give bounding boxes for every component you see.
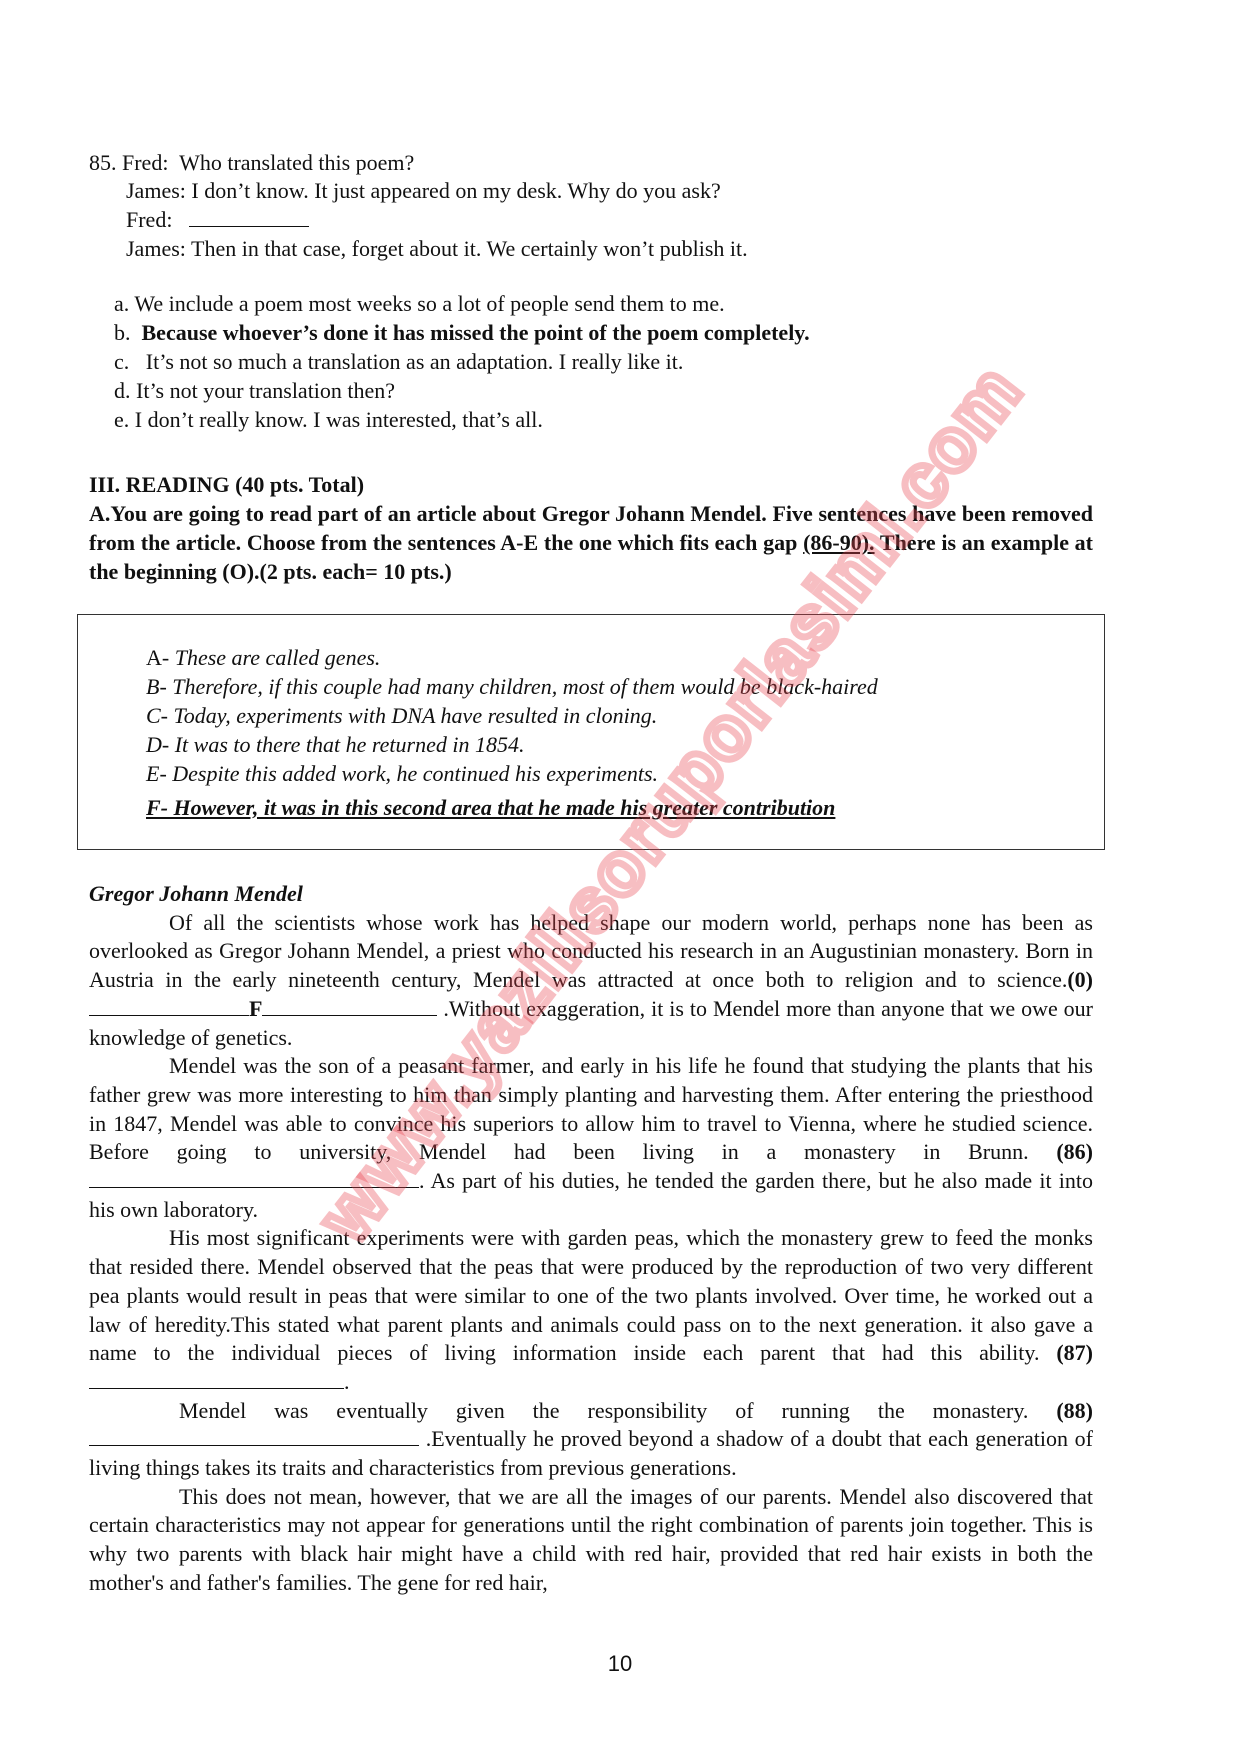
sentence-text: These are called genes. (175, 645, 381, 670)
sentence-letter: E- (146, 761, 167, 786)
gap-88-blank[interactable] (89, 1425, 419, 1446)
option-letter: b. (114, 320, 131, 345)
option-letter: c. (114, 349, 129, 374)
dialogue-text: I don’t know. It just appeared on my des… (191, 178, 720, 203)
option-letter: a. (114, 291, 129, 316)
section-title: III. READING (40 pts. Total) (89, 470, 1093, 499)
speaker: James: (126, 236, 186, 261)
gap-87-label: (87) (1056, 1340, 1093, 1365)
paragraph-text: Mendel was eventually given the responsi… (179, 1398, 1028, 1423)
option-e[interactable]: e. I don’t really know. I was interested… (114, 405, 543, 434)
question-number: 85. (89, 150, 117, 175)
reading-instructions: A.You are going to read part of an artic… (89, 499, 1093, 586)
option-letter: d. (114, 378, 131, 403)
paragraph-text: His most significant experiments were wi… (89, 1225, 1093, 1365)
sentence-letter: F- (146, 795, 168, 820)
gap-87-blank[interactable] (89, 1368, 344, 1389)
sentence-text: Today, experiments with DNA have resulte… (174, 703, 658, 728)
sentence-option-a: A- These are called genes. (146, 643, 380, 672)
sentence-option-c: C- Today, experiments with DNA have resu… (146, 701, 657, 730)
dialogue-text: Who translated this poem? (179, 150, 414, 175)
sentence-letter: B- (146, 674, 167, 699)
sentence-text: Therefore, if this couple had many child… (172, 674, 878, 699)
dialogue-line: James: I don’t know. It just appeared on… (126, 176, 721, 205)
gap-range: (86-90). (803, 530, 874, 555)
article-paragraph-1: Of all the scientists whose work has hel… (89, 909, 1093, 1053)
article-title: Gregor Johann Mendel (89, 880, 1093, 909)
sentence-option-f-example: F- However, it was in this second area t… (146, 793, 835, 822)
answer-blank[interactable] (189, 206, 309, 227)
gap-88-label: (88) (1056, 1398, 1093, 1423)
option-letter: e. (114, 407, 129, 432)
sentence-text: Despite this added work, he continued hi… (172, 761, 658, 786)
question-85-line-1: 85. Fred: Who translated this poem? (89, 148, 414, 177)
option-a[interactable]: a. We include a poem most weeks so a lot… (114, 289, 725, 318)
sentence-text: It was to there that he returned in 1854… (175, 732, 525, 757)
article-paragraph-2: Mendel was the son of a peasant farmer, … (89, 1052, 1093, 1224)
gap-0-answer: F (249, 996, 262, 1021)
option-d[interactable]: d. It’s not your translation then? (114, 376, 395, 405)
sentence-letter: C- (146, 703, 168, 728)
page-number: 10 (0, 1651, 1240, 1677)
sentence-option-b: B- Therefore, if this couple had many ch… (146, 672, 878, 701)
option-b[interactable]: b. Because whoever’s done it has missed … (114, 318, 810, 347)
gap-86-blank[interactable] (89, 1167, 419, 1188)
exam-page: 85. Fred: Who translated this poem? Jame… (0, 0, 1240, 1754)
sentence-option-e: E- Despite this added work, he continued… (146, 759, 658, 788)
sentence-letter: D- (146, 732, 169, 757)
sentence-option-d: D- It was to there that he returned in 1… (146, 730, 524, 759)
speaker: Fred: (126, 207, 172, 232)
option-text: I don’t really know. I was interested, t… (135, 407, 543, 432)
gap-86-label: (86) (1056, 1139, 1093, 1164)
paragraph-text: Of all the scientists whose work has hel… (89, 910, 1093, 992)
dialogue-text: Then in that case, forget about it. We c… (191, 236, 748, 261)
gap-0-label: (0) (1067, 967, 1093, 992)
sentence-letter: A- (146, 645, 169, 670)
article-paragraph-3: His most significant experiments were wi… (89, 1224, 1093, 1396)
dialogue-line: Fred: (126, 205, 309, 234)
speaker: Fred: (122, 150, 168, 175)
article-paragraph-4: Mendel was eventually given the responsi… (89, 1397, 1093, 1483)
article-paragraph-5: This does not mean, however, that we are… (89, 1483, 1093, 1598)
option-text: We include a poem most weeks so a lot of… (134, 291, 724, 316)
gap-0-blank (262, 995, 437, 1016)
dialogue-line: James: Then in that case, forget about i… (126, 234, 748, 263)
option-text: It’s not so much a translation as an ada… (146, 349, 684, 374)
paragraph-text: Mendel was the son of a peasant farmer, … (89, 1053, 1093, 1164)
speaker: James: (126, 178, 186, 203)
option-text: It’s not your translation then? (136, 378, 395, 403)
article: Gregor Johann Mendel Of all the scientis… (89, 880, 1093, 1598)
option-text: Because whoever’s done it has missed the… (142, 320, 810, 345)
gap-0-blank (89, 995, 249, 1016)
paragraph-text: This does not mean, however, that we are… (89, 1484, 1093, 1595)
sentence-text: However, it was in this second area that… (174, 795, 836, 820)
option-c[interactable]: c. It’s not so much a translation as an … (114, 347, 683, 376)
